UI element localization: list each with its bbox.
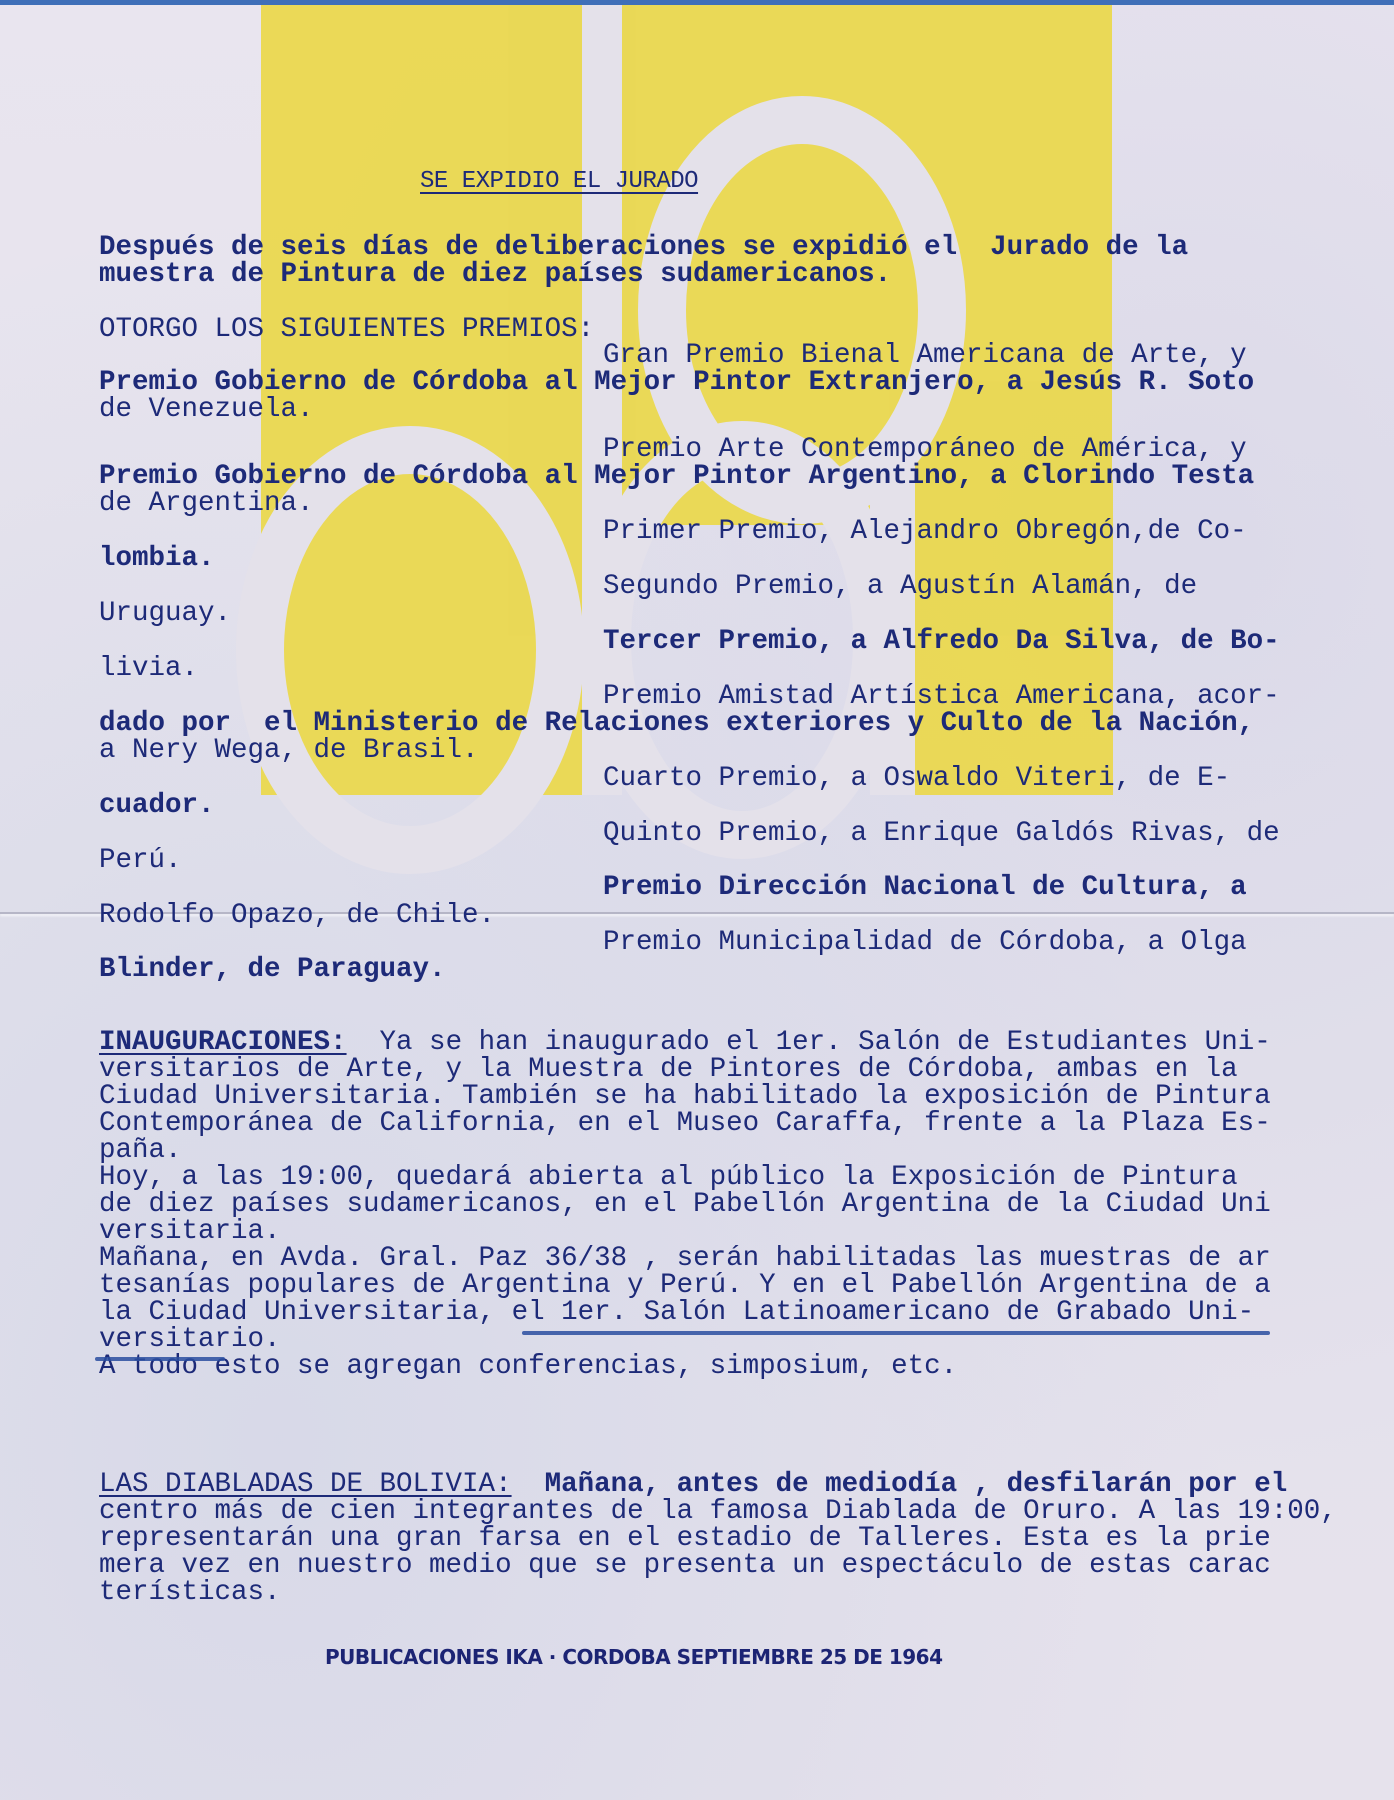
prize-line: de Argentina.	[99, 490, 314, 517]
inauguraciones-line: Ciudad Universitaria. También se ha habi…	[99, 1083, 1271, 1110]
inauguraciones-line: versitaria.	[99, 1218, 281, 1245]
prize-line: a Nery Wega, de Brasil.	[99, 737, 479, 764]
prize-line: Cuarto Premio, a Oswaldo Viteri, de E-	[603, 765, 1230, 792]
inauguraciones-line: A todo esto se agregan conferencias, sim…	[99, 1353, 957, 1380]
prize-line: Gran Premio Bienal Americana de Arte, y	[603, 342, 1247, 369]
prize-line: livia.	[99, 655, 198, 682]
prize-line: Tercer Premio, a Alfredo Da Silva, de Bo…	[603, 628, 1280, 655]
inauguraciones-line: Hoy, a las 19:00, quedará abierta al púb…	[99, 1164, 1238, 1191]
inauguraciones-line: de diez países sudamericanos, en el Pabe…	[99, 1191, 1271, 1218]
prize-line: Premio Amistad Artística Americana, acor…	[603, 683, 1280, 710]
prize-line: Perú.	[99, 847, 182, 874]
pen-underline-versitario	[95, 1357, 225, 1361]
pen-underline-salon	[522, 1331, 1270, 1335]
publication-footer: PUBLICACIONES IKA · CORDOBA SEPTIEMBRE 2…	[325, 1645, 943, 1669]
diabladas-line: representarán una gran farsa en el estad…	[99, 1525, 1271, 1552]
intro-line-1: Después de seis días de deliberaciones s…	[99, 234, 1188, 261]
prize-line: Segundo Premio, a Agustín Alamán, de	[603, 573, 1197, 600]
prize-line: Premio Gobierno de Córdoba al Mejor Pint…	[99, 463, 1254, 490]
prize-line: Rodolfo Opazo, de Chile.	[99, 902, 495, 929]
inauguraciones-line: la Ciudad Universitaria, el 1er. Salón L…	[99, 1299, 1254, 1326]
prize-line: Premio Dirección Nacional de Cultura, a	[603, 874, 1247, 901]
inauguraciones-first-line: INAUGURACIONES: Ya se han inaugurado el …	[99, 1029, 1271, 1056]
prize-line: Premio Municipalidad de Córdoba, a Olga	[603, 929, 1247, 956]
top-edge-strip	[0, 0, 1394, 5]
prize-line: Premio Arte Contemporáneo de América, y	[603, 436, 1247, 463]
diabladas-line: centro más de cien integrantes de la fam…	[99, 1498, 1337, 1525]
prize-line: Uruguay.	[99, 600, 231, 627]
page-title: SE EXPIDIO EL JURADO	[420, 168, 698, 195]
inauguraciones-line: tesanías populares de Argentina y Perú. …	[99, 1272, 1271, 1299]
prize-line: dado por el Ministerio de Relaciones ext…	[99, 710, 1254, 737]
prize-line: Primer Premio, Alejandro Obregón,de Co-	[603, 518, 1247, 545]
inauguraciones-line: Contemporánea de California, en el Museo…	[99, 1110, 1271, 1137]
prize-line: lombia.	[99, 545, 215, 572]
prize-line: Quinto Premio, a Enrique Galdós Rivas, d…	[603, 820, 1280, 847]
diabladas-line: terísticas.	[99, 1579, 281, 1606]
diabladas-line: mera vez en nuestro medio que se present…	[99, 1552, 1271, 1579]
prizes-heading: OTORGO LOS SIGUIENTES PREMIOS:	[99, 316, 594, 343]
inauguraciones-line: versitarios de Arte, y la Muestra de Pin…	[99, 1056, 1238, 1083]
inauguraciones-line: versitario.	[99, 1326, 281, 1353]
prize-line: de Venezuela.	[99, 396, 314, 423]
prize-line: Blinder, de Paraguay.	[99, 956, 446, 983]
prize-line: cuador.	[99, 792, 215, 819]
inauguraciones-line: Mañana, en Avda. Gral. Paz 36/38 , serán…	[99, 1245, 1271, 1272]
inauguraciones-line: paña.	[99, 1137, 182, 1164]
intro-line-2: muestra de Pintura de diez países sudame…	[99, 261, 891, 288]
diabladas-first-line: LAS DIABLADAS DE BOLIVIA: Mañana, antes …	[99, 1471, 1287, 1498]
prize-line: Premio Gobierno de Córdoba al Mejor Pint…	[99, 369, 1254, 396]
